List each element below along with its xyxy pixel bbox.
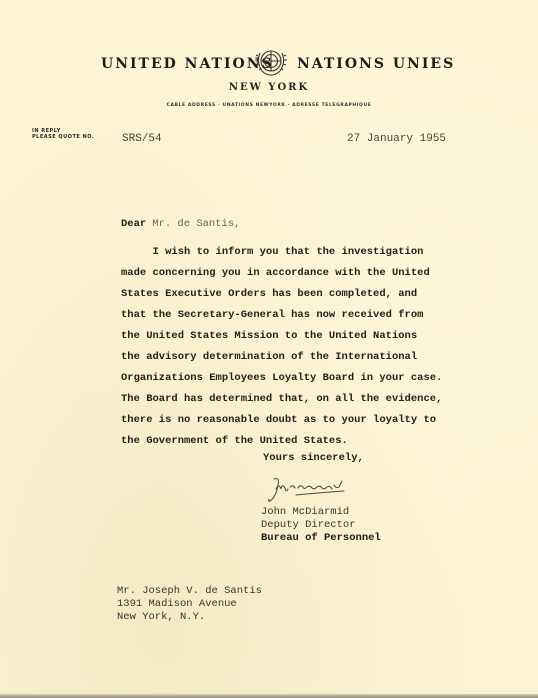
salutation-dear: Dear xyxy=(121,218,146,230)
signer-title: Deputy Director xyxy=(261,519,381,532)
body-line: States Executive Orders has been complet… xyxy=(121,284,421,305)
body-line: that the Secretary-General has now recei… xyxy=(121,305,421,326)
reply-label-line-2: PLEASE QUOTE NO. xyxy=(32,134,94,140)
recipient-city: New York, N.Y. xyxy=(117,611,262,624)
handwritten-signature-icon xyxy=(266,475,366,505)
reply-reference-label: IN REPLY PLEASE QUOTE NO. xyxy=(32,128,94,140)
signer-block: John McDiarmid Deputy Director Bureau of… xyxy=(261,506,381,545)
body-line: made concerning you in accordance with t… xyxy=(121,263,421,284)
body-line: there is no reasonable doubt as to your … xyxy=(121,410,421,431)
letter-date: 27 January 1955 xyxy=(347,133,446,145)
signer-department: Bureau of Personnel xyxy=(261,532,381,545)
body-line: The Board has determined that, on all th… xyxy=(121,389,421,410)
letterhead-city: NEW YORK xyxy=(0,82,538,93)
body-line: the advisory determination of the Intern… xyxy=(121,347,421,368)
cable-address: CABLE ADDRESS · UNATIONS NEWYORK · ADRES… xyxy=(0,103,538,108)
body-line: Organizations Employees Loyalty Board in… xyxy=(121,368,421,389)
body-line: the Government of the United States. xyxy=(121,431,421,452)
recipient-address: Mr. Joseph V. de Santis 1391 Madison Ave… xyxy=(117,585,262,624)
letterhead-org-english: UNITED NATIONS xyxy=(101,56,274,72)
closing-phrase: Yours sincerely, xyxy=(263,452,364,464)
salutation: DearMr. de Santis, xyxy=(121,218,240,230)
salutation-name: Mr. de Santis, xyxy=(152,218,240,230)
recipient-street: 1391 Madison Avenue xyxy=(117,598,262,611)
recipient-name: Mr. Joseph V. de Santis xyxy=(117,585,262,598)
reference-number: SRS/54 xyxy=(122,133,162,145)
un-emblem-icon xyxy=(253,44,289,82)
body-line: the United States Mission to the United … xyxy=(121,326,421,347)
letterhead-org-french: NATIONS UNIES xyxy=(297,56,455,72)
signer-name: John McDiarmid xyxy=(261,506,381,519)
body-line: I wish to inform you that the investigat… xyxy=(121,242,421,263)
page-bottom-edge xyxy=(0,694,538,698)
letter-body: I wish to inform you that the investigat… xyxy=(121,242,421,452)
letter-page: UNITED NATIONS NATIONS UNIES NEW YORK CA… xyxy=(0,0,538,694)
